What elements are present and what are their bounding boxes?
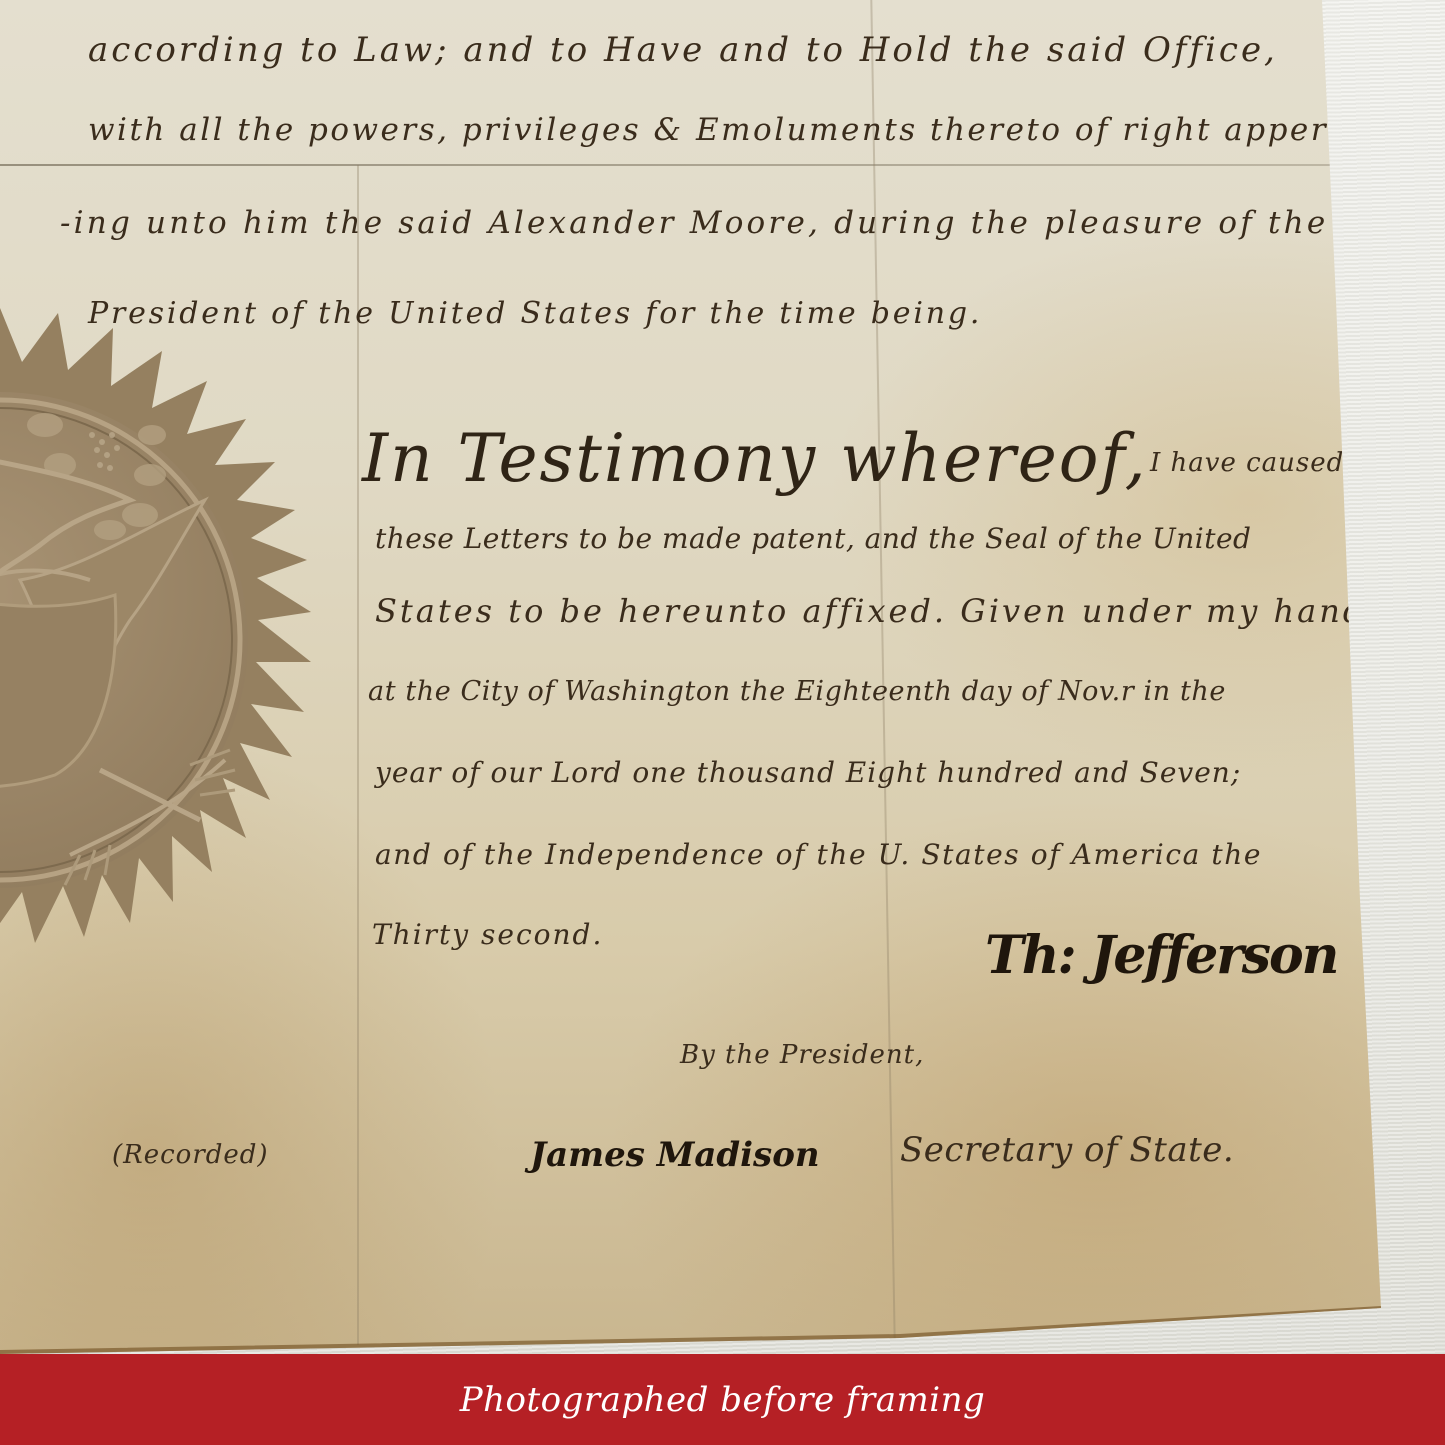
testimony-line-2: States to be hereunto affixed. Given und…	[375, 592, 1366, 630]
testimony-line-3: at the City of Washington the Eighteenth…	[368, 676, 1226, 707]
testimony-heading-tail: I have caused	[1150, 448, 1344, 478]
eagle-seal-icon	[0, 300, 340, 980]
document-line-1: according to Law; and to Have and to Hol…	[88, 30, 1278, 70]
recorded-note: (Recorded)	[112, 1140, 269, 1170]
testimony-heading: In Testimony whereof,	[362, 420, 1148, 497]
vertical-fold-line-left	[357, 165, 359, 1345]
testimony-line-1: these Letters to be made patent, and the…	[375, 522, 1251, 555]
by-the-president: By the President,	[680, 1040, 924, 1070]
secretary-signature: James Madison	[530, 1135, 820, 1175]
president-signature: Th: Jefferson	[985, 925, 1337, 986]
caption-text: Photographed before framing	[460, 1380, 986, 1420]
testimony-line-5: and of the Independence of the U. States…	[375, 838, 1262, 871]
testimony-line-6: Thirty second.	[372, 918, 603, 951]
document-line-4: President of the United States for the t…	[88, 296, 982, 331]
caption-banner: Photographed before framing	[0, 1354, 1445, 1445]
vertical-fold-line-right	[870, 0, 895, 1340]
document-line-2: with all the powers, privileges & Emolum…	[88, 112, 1412, 148]
document-paper: according to Law; and to Have and to Hol…	[0, 0, 1445, 1354]
testimony-line-4: year of our Lord one thousand Eight hund…	[375, 756, 1241, 789]
horizontal-fold-line	[0, 164, 1330, 166]
secretary-title: Secretary of State.	[900, 1130, 1234, 1170]
document-line-3: -ing unto him the said Alexander Moore, …	[60, 205, 1328, 241]
